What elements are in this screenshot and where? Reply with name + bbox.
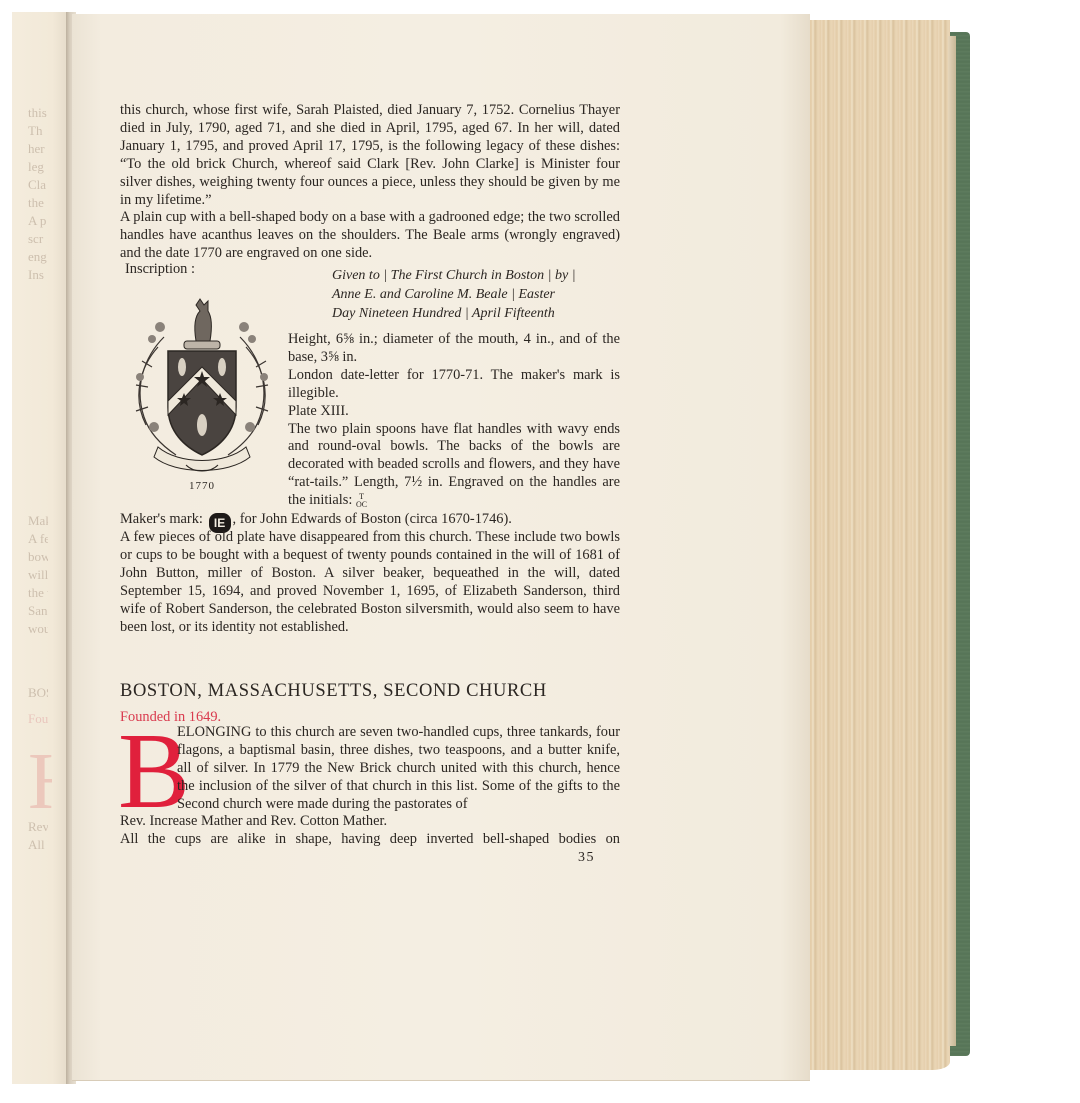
ghost-line: Rev. [28, 818, 48, 836]
paragraph-lost-plate: A few pieces of old plate have disappear… [120, 529, 620, 636]
ghost-line: Cla [28, 176, 48, 194]
spoons-text: The two plain spoons have flat handles w… [288, 421, 620, 509]
arms-date-caption: 1770 [124, 480, 280, 492]
ghost-line: BOS [28, 684, 48, 702]
ghost-line: the w [28, 584, 48, 602]
paragraph-text: this church, whose first wife, Sarah Pla… [120, 102, 620, 209]
inscription-label: Inscription : [125, 261, 195, 278]
ghost-line: A p [28, 212, 48, 230]
section-heading: BOSTON, MASSACHUSETTS, SECOND CHURCH [120, 681, 547, 702]
coat-of-arms-icon [124, 297, 280, 477]
ghost-line: Foun [28, 710, 48, 728]
ghost-line: eng [28, 248, 48, 266]
ghost-line: bow [28, 548, 48, 566]
paragraph-text: A few pieces of old plate have disappear… [120, 529, 620, 636]
paragraph-text: ELONGING to this church are seven two-ha… [177, 724, 620, 814]
inscription-text: Given to | The First Church in Boston | … [332, 266, 582, 323]
inscription-line: Anne E. and Caroline M. Beale | Easter [332, 285, 582, 304]
ghost-line: woul [28, 620, 48, 638]
ghost-line: this [28, 104, 48, 122]
dimensions-text: Height, 6⅝ in.; diameter of the mouth, 4… [288, 331, 620, 367]
coat-of-arms-illustration: 1770 [124, 297, 280, 497]
page-number: 35 [578, 850, 595, 866]
spoons-paragraph: The two plain spoons have flat handles w… [288, 421, 620, 511]
ghost-line: Th [28, 122, 48, 140]
ghost-drop-cap: H [28, 747, 52, 817]
previous-page: this Th her leg Cla the A p scr eng Ins … [12, 12, 70, 1084]
section-continuation: Rev. Increase Mather and Rev. Cotton Mat… [120, 813, 620, 849]
ghost-line: her [28, 140, 48, 158]
page-fore-edges [808, 20, 950, 1070]
paragraph-text: Rev. Increase Mather and Rev. Cotton Mat… [120, 813, 620, 831]
ghost-line: leg [28, 158, 48, 176]
section-opening-paragraph: ELONGING to this church are seven two-ha… [177, 724, 620, 814]
makers-mark-label: Maker's mark: [120, 511, 203, 527]
makers-mark-text: , for John Edwards of Boston (circa 1670… [233, 511, 512, 527]
ghost-line: scr [28, 230, 48, 248]
ghost-line: Sand [28, 602, 48, 620]
initial-bottom: OC [356, 500, 367, 509]
ghost-line: the [28, 194, 48, 212]
ghost-line: A fe [28, 530, 48, 548]
paragraph-text: All the cups are alike in shape, having … [120, 831, 620, 849]
inscription-line: Day Nineteen Hundred | April Fifteenth [332, 304, 582, 323]
ghost-line: All th [28, 836, 48, 854]
cup-details: Height, 6⅝ in.; diameter of the mouth, 4… [288, 331, 620, 510]
plate-reference: Plate XIII. [288, 403, 620, 421]
date-letter-text: London date-letter for 1770-71. The make… [288, 367, 620, 403]
paragraph-cup-description: A plain cup with a bell-shaped body on a… [120, 209, 620, 263]
inscription-line: Given to | The First Church in Boston | … [332, 266, 582, 285]
ghost-line: will [28, 566, 48, 584]
initials-monogram: TOC [356, 493, 367, 509]
ghost-line: Ins [28, 266, 48, 284]
paragraph-will: this church, whose first wife, Sarah Pla… [120, 102, 620, 263]
ghost-line: Mak [28, 512, 48, 530]
book-page: this church, whose first wife, Sarah Pla… [72, 14, 810, 1081]
